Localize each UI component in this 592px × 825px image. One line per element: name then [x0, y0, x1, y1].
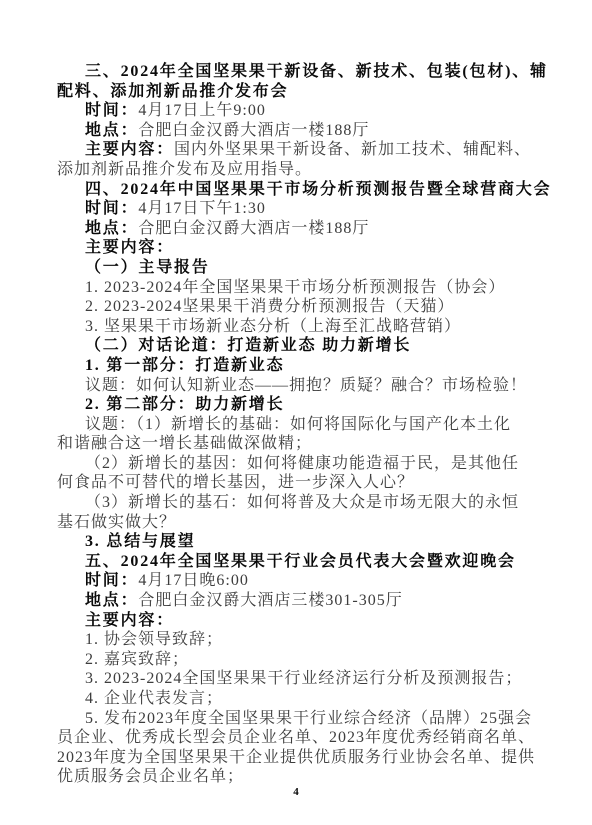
- text-run: 4. 企业代表发言；: [85, 690, 223, 707]
- text-run: 添加剂新品推介发布及应用指导。: [57, 161, 312, 178]
- text-run: 2. 嘉宾致辞；: [85, 651, 189, 668]
- text-run: 议题：（1）新增长的基础：如何将国际化与国产化本土化: [85, 416, 511, 433]
- bold-text-run: （二）对话论道：打造新业态 助力新增长: [85, 337, 411, 354]
- text-line: 五、2024年全国坚果果干行业会员代表大会暨欢迎晚会: [57, 552, 537, 572]
- bold-text-run: 2. 第二部分：助力新增长: [85, 396, 284, 413]
- text-line: 2. 第二部分：助力新增长: [57, 395, 537, 415]
- text-line: 时间：4月17日上午9:00: [57, 101, 537, 121]
- text-line: 3. 坚果果干市场新业态分析（上海至汇战略营销）: [57, 317, 537, 337]
- bold-text-run: 三、2024年全国坚果果干新设备、新技术、包装(包材)、辅: [85, 63, 548, 80]
- bold-text-run: 时间：: [85, 200, 138, 217]
- bold-text-run: 时间：: [85, 572, 138, 589]
- text-run: 4月17日晚6:00: [138, 572, 248, 589]
- text-line: 2023年度为全国坚果果干企业提供优质服务行业协会名单、提供: [57, 748, 537, 768]
- text-line: 主要内容：国内外坚果果干新设备、新加工技术、辅配料、: [57, 140, 537, 160]
- text-run: 3. 2023-2024全国坚果果干行业经济运行分析及预测报告；: [85, 670, 522, 687]
- text-line: 5. 发布2023年度全国坚果果干行业综合经济（品牌）25强会: [57, 709, 537, 729]
- text-line: 议题：（1）新增长的基础：如何将国际化与国产化本土化: [57, 415, 537, 435]
- text-run: 1. 2023-2024年全国坚果果干市场分析预测报告（协会）: [85, 279, 505, 296]
- text-run: 4月17日上午9:00: [138, 102, 265, 119]
- text-line: 4. 企业代表发言；: [57, 689, 537, 709]
- bold-text-run: 主要内容：: [85, 612, 174, 629]
- bold-text-run: 五、2024年全国坚果果干行业会员代表大会暨欢迎晚会: [85, 553, 516, 570]
- text-line: 地点：合肥白金汉爵大酒店一楼188厅: [57, 219, 537, 239]
- text-line: 1. 协会领导致辞；: [57, 630, 537, 650]
- text-line: （2）新增长的基因：如何将健康功能造福于民，是其他任: [57, 454, 537, 474]
- text-line: （一）主导报告: [57, 258, 537, 278]
- text-line: 1. 第一部分：打造新业态: [57, 356, 537, 376]
- bold-text-run: 时间：: [85, 102, 138, 119]
- text-run: 何食品不可替代的增长基因，进一步深入人心？: [57, 474, 414, 491]
- text-run: 2. 2023-2024坚果果干消费分析预测报告（天猫）: [85, 298, 454, 315]
- text-line: 时间：4月17日晚6:00: [57, 571, 537, 591]
- text-line: 1. 2023-2024年全国坚果果干市场分析预测报告（协会）: [57, 278, 537, 298]
- text-run: 3. 坚果果干市场新业态分析（上海至汇战略营销）: [85, 318, 461, 335]
- text-line: 四、2024年中国坚果果干市场分析预测报告暨全球营商大会: [57, 180, 537, 200]
- bold-text-run: 配料、添加剂新品推介发布会: [57, 83, 288, 100]
- text-line: 2. 2023-2024坚果果干消费分析预测报告（天猫）: [57, 297, 537, 317]
- bold-text-run: 地点：: [85, 592, 138, 609]
- text-run: 1. 协会领导致辞；: [85, 631, 223, 648]
- text-run: 员企业、优秀成长型会员企业名单、2023年度优秀经销商名单、: [57, 729, 535, 746]
- text-run: 国内外坚果果干新设备、新加工技术、辅配料、: [174, 141, 531, 158]
- text-line: 主要内容：: [57, 611, 537, 631]
- bold-text-run: 四、2024年中国坚果果干市场分析预测报告暨全球营商大会: [85, 181, 551, 198]
- page-number: 4: [0, 786, 592, 798]
- text-line: 配料、添加剂新品推介发布会: [57, 82, 537, 102]
- text-run: 优质服务会员企业名单；: [57, 768, 244, 785]
- text-line: 三、2024年全国坚果果干新设备、新技术、包装(包材)、辅: [57, 62, 537, 82]
- text-run: 2023年度为全国坚果果干企业提供优质服务行业协会名单、提供: [57, 749, 535, 766]
- text-run: 合肥白金汉爵大酒店一楼188厅: [138, 122, 369, 139]
- text-line: 地点：合肥白金汉爵大酒店三楼301-305厅: [57, 591, 537, 611]
- bold-text-run: 地点：: [85, 220, 138, 237]
- bold-text-run: 1. 第一部分：打造新业态: [85, 357, 284, 374]
- text-run: 基石做实做大？: [57, 514, 176, 531]
- text-run: 5. 发布2023年度全国坚果果干行业综合经济（品牌）25强会: [85, 710, 532, 727]
- bold-text-run: 主要内容：: [85, 141, 174, 158]
- text-line: （二）对话论道：打造新业态 助力新增长: [57, 336, 537, 356]
- text-line: 3. 2023-2024全国坚果果干行业经济运行分析及预测报告；: [57, 669, 537, 689]
- text-line: 地点：合肥白金汉爵大酒店一楼188厅: [57, 121, 537, 141]
- text-run: 议题：如何认知新业态——拥抱？质疑？融合？市场检验！: [85, 377, 527, 394]
- text-line: 时间：4月17日下午1:30: [57, 199, 537, 219]
- bold-text-run: 地点：: [85, 122, 138, 139]
- text-run: （2）新增长的基因：如何将健康功能造福于民，是其他任: [85, 455, 519, 472]
- text-run: 合肥白金汉爵大酒店三楼301-305厅: [138, 592, 402, 609]
- text-line: 基石做实做大？: [57, 513, 537, 533]
- text-line: 优质服务会员企业名单；: [57, 767, 537, 787]
- text-line: 主要内容：: [57, 238, 537, 258]
- text-run: 和谐融合这一增长基础做深做精；: [57, 435, 312, 452]
- bold-text-run: 主要内容：: [85, 239, 174, 256]
- text-line: 议题：如何认知新业态——拥抱？质疑？融合？市场检验！: [57, 376, 537, 396]
- text-run: 4月17日下午1:30: [138, 200, 265, 217]
- text-line: 添加剂新品推介发布及应用指导。: [57, 160, 537, 180]
- bold-text-run: （一）主导报告: [85, 259, 210, 276]
- text-run: （3）新增长的基石：如何将普及大众是市场无限大的永恒: [85, 494, 519, 511]
- text-line: 何食品不可替代的增长基因，进一步深入人心？: [57, 473, 537, 493]
- text-line: 3. 总结与展望: [57, 532, 537, 552]
- text-line: 员企业、优秀成长型会员企业名单、2023年度优秀经销商名单、: [57, 728, 537, 748]
- text-run: 合肥白金汉爵大酒店一楼188厅: [138, 220, 369, 237]
- text-line: 2. 嘉宾致辞；: [57, 650, 537, 670]
- document-page: 三、2024年全国坚果果干新设备、新技术、包装(包材)、辅配料、添加剂新品推介发…: [0, 0, 592, 825]
- text-line: （3）新增长的基石：如何将普及大众是市场无限大的永恒: [57, 493, 537, 513]
- document-content: 三、2024年全国坚果果干新设备、新技术、包装(包材)、辅配料、添加剂新品推介发…: [57, 62, 537, 787]
- text-line: 和谐融合这一增长基础做深做精；: [57, 434, 537, 454]
- bold-text-run: 3. 总结与展望: [85, 533, 195, 550]
